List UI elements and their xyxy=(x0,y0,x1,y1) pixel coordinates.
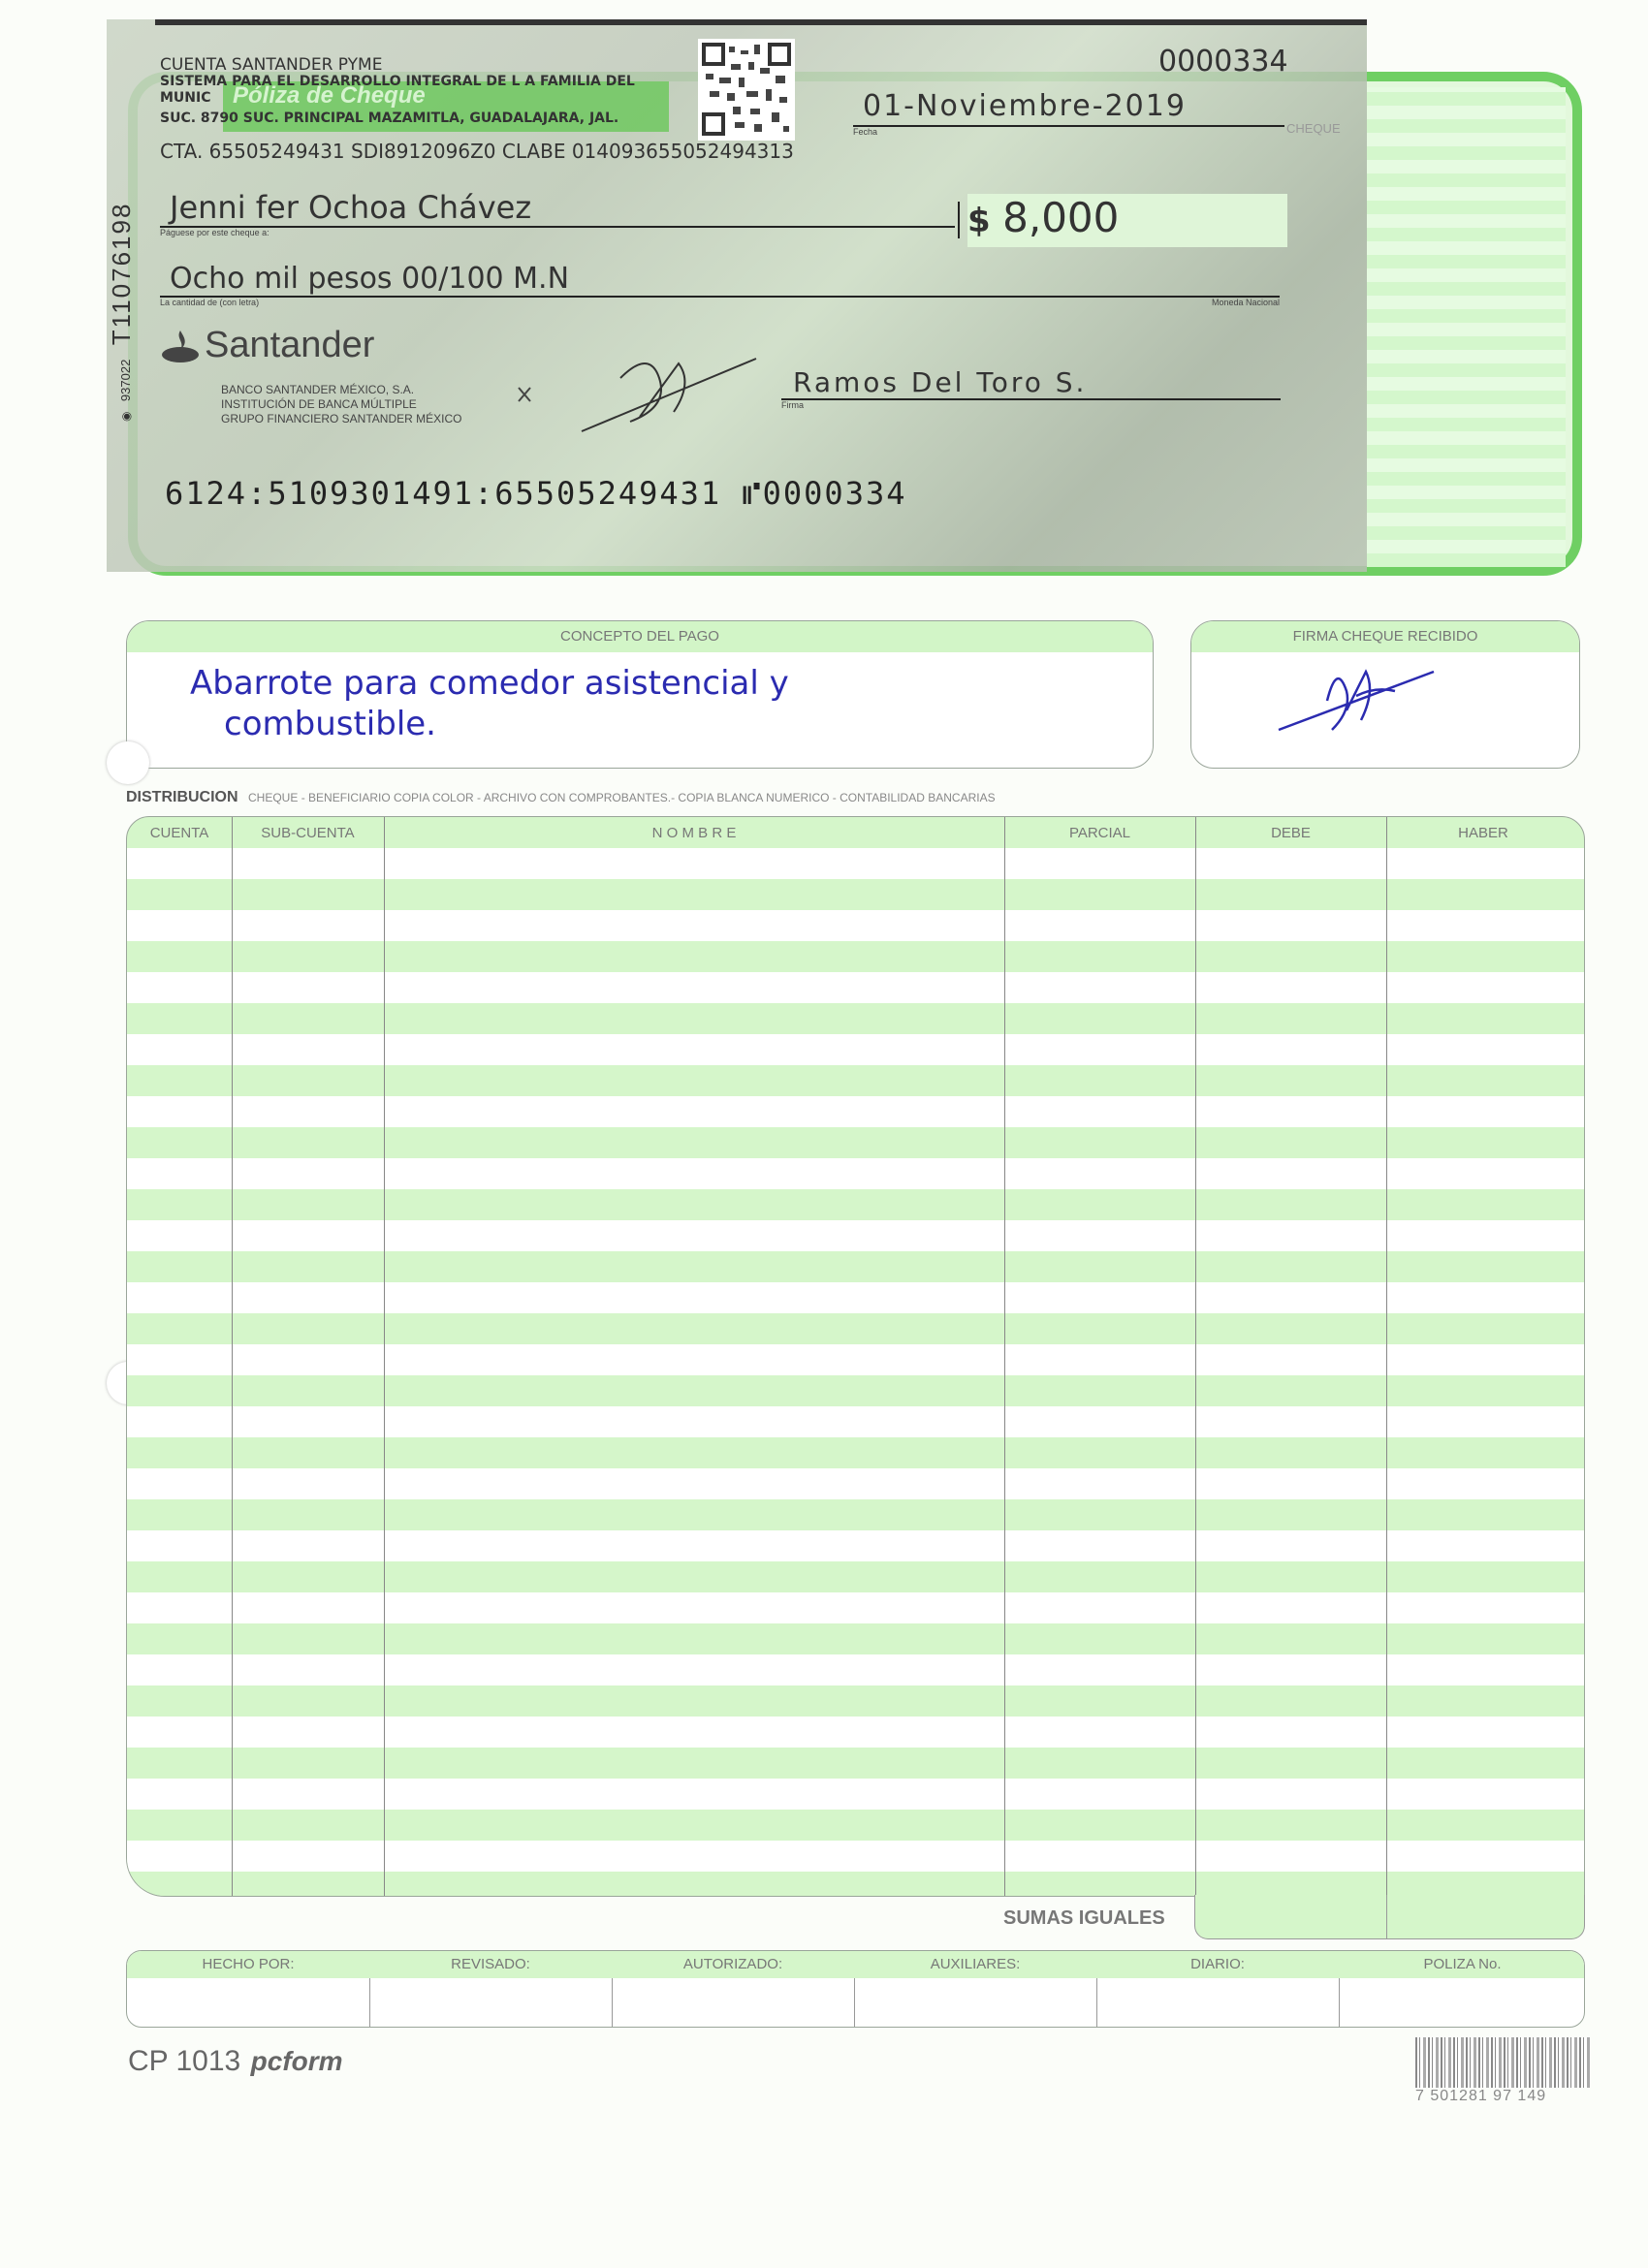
cheque-label: CHEQUE xyxy=(1286,121,1341,136)
account-holder-line2: MUNIC xyxy=(160,90,211,106)
distribution-note: DISTRIBUCION CHEQUE - BENEFICIARIO COPIA… xyxy=(126,789,996,806)
barcode-number: 7 501281 97 149 xyxy=(1415,2088,1590,2105)
totals-haber[interactable] xyxy=(1386,1895,1581,1938)
col-header-debe: DEBE xyxy=(1195,825,1386,841)
form-code: CP 1013 xyxy=(128,2045,240,2077)
payee-field[interactable]: Jenni fer Ochoa Chávez Páguese por este … xyxy=(160,189,955,237)
amount-words-label: La cantidad de (con letra) xyxy=(160,298,259,307)
col-divider xyxy=(612,1978,613,2027)
bank-name: Santander xyxy=(205,325,374,366)
account-type: CUENTA SANTANDER PYME xyxy=(160,55,382,75)
field-autorizado: AUTORIZADO: xyxy=(612,1956,854,1972)
distribution-text: CHEQUE - BENEFICIARIO COPIA COLOR - ARCH… xyxy=(248,791,996,804)
date-label: Fecha xyxy=(853,127,1284,137)
currency-label: Moneda Nacional xyxy=(1212,298,1280,307)
concept-line-2: combustible. xyxy=(127,705,1153,743)
col-divider xyxy=(1195,817,1196,1896)
amount-symbol: $ xyxy=(967,202,991,240)
col-divider xyxy=(1004,817,1005,1896)
bank-legal: BANCO SANTANDER MÉXICO, S.A. INSTITUCIÓN… xyxy=(221,383,461,426)
drawer-signature-icon xyxy=(504,349,785,436)
side-code: 937022 xyxy=(118,360,133,401)
signature-field[interactable]: Ramos Del Toro S. Firma xyxy=(781,366,1281,410)
bank-logo: Santander xyxy=(160,325,374,366)
totals-debe[interactable] xyxy=(1195,1895,1386,1938)
qr-code xyxy=(698,39,795,141)
amount-field[interactable]: $ 8,000 xyxy=(967,194,1287,247)
approvals-box: HECHO POR: REVISADO: AUTORIZADO: AUXILIA… xyxy=(126,1950,1585,2028)
barcode-bars xyxy=(1415,2037,1590,2088)
bank-line-2: INSTITUCIÓN DE BANCA MÚLTIPLE xyxy=(221,397,461,412)
hole-punch xyxy=(107,741,149,784)
field-diario: DIARIO: xyxy=(1096,1956,1339,1972)
table-rows[interactable] xyxy=(127,848,1584,1896)
side-serial-block: ◉ 937022 T11076198 xyxy=(107,203,137,422)
field-poliza-no: POLIZA No. xyxy=(1339,1956,1585,1972)
account-line: CTA. 65505249431 SDI8912096Z0 CLABE 0140… xyxy=(160,140,794,163)
security-pattern xyxy=(1367,87,1566,567)
cheque-number: 0000334 xyxy=(1158,45,1288,79)
field-revisado: REVISADO: xyxy=(369,1956,612,1972)
amount-words-value: Ocho mil pesos 00/100 M.N xyxy=(160,262,1280,296)
received-signature-box[interactable]: FIRMA CHEQUE RECIBIDO xyxy=(1190,620,1580,769)
received-signature-icon xyxy=(1269,652,1463,749)
date-field[interactable]: 01-Noviembre-2019 Fecha xyxy=(853,89,1284,137)
signer-name: Ramos Del Toro S. xyxy=(781,366,1281,398)
totals-box xyxy=(1194,1895,1585,1939)
bank-line-1: BANCO SANTANDER MÉXICO, S.A. xyxy=(221,383,461,397)
col-header-cuenta: CUENTA xyxy=(127,825,232,841)
amount-value: 8,000 xyxy=(1002,194,1119,241)
branch-address: SUC. 8790 SUC. PRINCIPAL MAZAMITLA, GUAD… xyxy=(160,110,618,126)
col-divider xyxy=(384,817,385,1896)
received-label: FIRMA CHEQUE RECIBIDO xyxy=(1191,621,1579,652)
field-hecho-por: HECHO POR: xyxy=(127,1956,369,1972)
micr-line: 6124:5109301491:65505249431 ⑈0000334 xyxy=(165,475,907,512)
col-divider xyxy=(1386,817,1387,1896)
col-header-haber: HABER xyxy=(1386,825,1580,841)
amount-divider xyxy=(958,202,960,238)
col-divider xyxy=(1096,1978,1097,2027)
cheque-top-edge xyxy=(155,19,1367,25)
col-header-parcial: PARCIAL xyxy=(1004,825,1195,841)
col-divider xyxy=(854,1978,855,2027)
form-code-block: CP 1013 pcform xyxy=(128,2045,343,2078)
barcode: 7 501281 97 149 xyxy=(1415,2037,1590,2105)
payee-label: Páguese por este cheque a: xyxy=(160,228,955,237)
concept-label: CONCEPTO DEL PAGO xyxy=(127,621,1153,652)
totals-label: SUMAS IGUALES xyxy=(1003,1907,1165,1930)
signature-label: Firma xyxy=(781,400,1281,410)
form-title: Póliza de Cheque xyxy=(233,82,426,110)
date-value: 01-Noviembre-2019 xyxy=(853,89,1284,123)
col-divider xyxy=(369,1978,370,2027)
concept-box[interactable]: CONCEPTO DEL PAGO Abarrote para comedor … xyxy=(126,620,1154,769)
payee-value: Jenni fer Ochoa Chávez xyxy=(160,189,955,226)
col-divider xyxy=(232,817,233,1896)
brand-logo: pcform xyxy=(251,2046,343,2076)
distribution-table: CUENTA SUB-CUENTA N O M B R E PARCIAL DE… xyxy=(126,816,1585,1897)
amount-words-field[interactable]: Ocho mil pesos 00/100 M.N La cantidad de… xyxy=(160,262,1280,307)
field-auxiliares: AUXILIARES: xyxy=(854,1956,1096,1972)
concept-line-1: Abarrote para comedor asistencial y xyxy=(127,652,1153,705)
col-header-sub-cuenta: SUB-CUENTA xyxy=(232,825,384,841)
col-divider xyxy=(1339,1978,1340,2027)
col-header-nombre: N O M B R E xyxy=(384,825,1004,841)
fingerprint-icon: ◉ xyxy=(119,412,133,422)
bank-line-3: GRUPO FINANCIERO SANTANDER MÉXICO xyxy=(221,412,461,426)
distribution-label: DISTRIBUCION xyxy=(126,789,238,805)
santander-flame-icon xyxy=(160,329,201,363)
side-serial: T11076198 xyxy=(107,203,136,346)
